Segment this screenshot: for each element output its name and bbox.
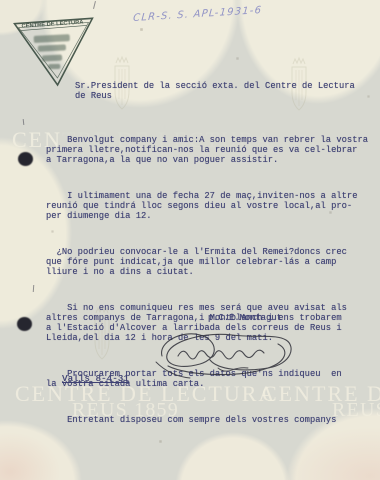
letter-paragraph: I ultimament una de fecha 27 de maç,invi… [46, 191, 380, 221]
scanned-letter-page: CENTRE DE LECTURA CENTRE DE LECTURA CENT… [0, 0, 380, 480]
paper-speckles [0, 0, 1, 1]
punch-hole [18, 152, 33, 166]
pen-mark [23, 119, 25, 125]
letter-paragraph: Benvolgut company i amic:A son temps van… [46, 135, 380, 165]
letter-body: Benvolgut company i amic:A son temps van… [46, 115, 380, 451]
pen-mark [33, 285, 34, 292]
letter-recipient: Sr.President de la secció exta. del Cent… [75, 81, 375, 101]
punch-hole [17, 317, 32, 331]
letter-paragraph: Entretant disposeu com sempre dels vostr… [46, 415, 380, 425]
letter-paragraph: ¿No podrieu convocar-le a l'Ermita del R… [46, 247, 380, 277]
pen-mark [93, 1, 96, 9]
triangular-stamp-icon: CENTRE DE LECTURA [9, 13, 98, 91]
signature-icon [148, 322, 300, 384]
archive-code-annotation: CLR-S. S. APL-1931-6 [133, 5, 263, 24]
letter-place-date: Valls 8-4-31 [62, 374, 129, 384]
